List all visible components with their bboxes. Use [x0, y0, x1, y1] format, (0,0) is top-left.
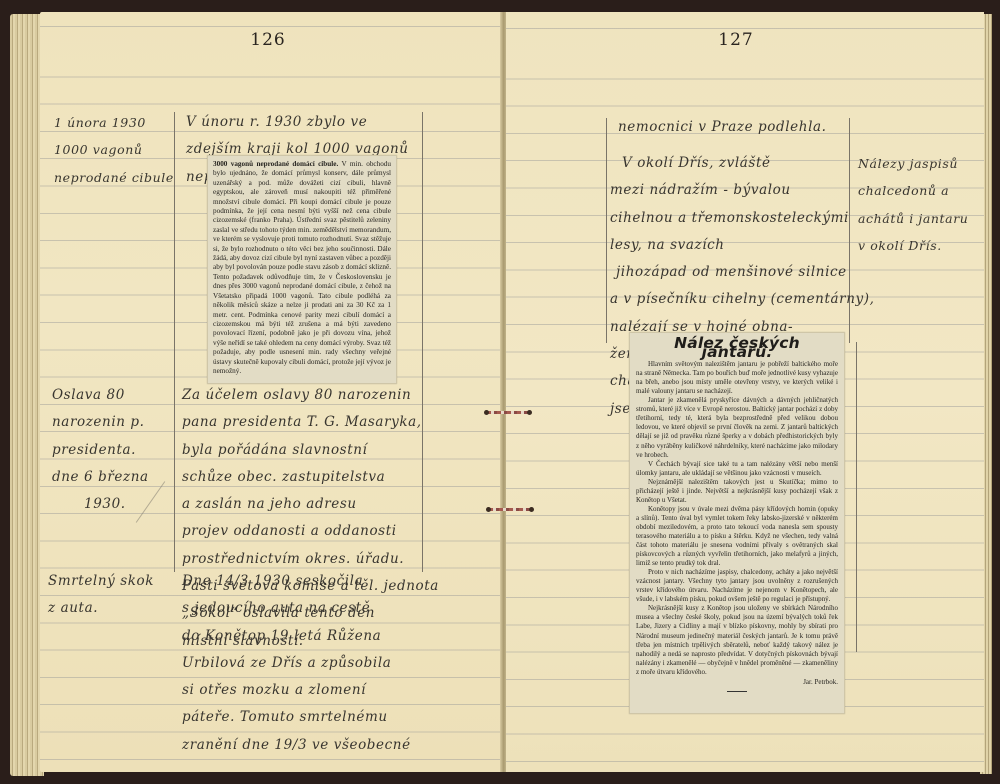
clipping-paragraph: Konětopy jsou v úvale mezi dvěma pásy kř… [636, 505, 838, 568]
clipping-paragraph: Proto v nich nacházíme jaspisy, chalcedo… [636, 568, 838, 604]
page-edges-left [10, 14, 44, 776]
right-page: 127 nemocnici v Praze podlehla. Nálezy j… [506, 12, 984, 772]
newspaper-clipping-amber: Nález českých jantarů. Hlavním světovým … [629, 332, 845, 714]
clipping-headline: Nález českých jantarů. [636, 339, 838, 357]
book-spread: 126 1 února 1930 1000 vagonů neprodané c… [0, 0, 1000, 784]
newspaper-clipping-onion: 3000 vagonů neprodané domácí cibule. V m… [207, 155, 397, 384]
clipping-paragraph: Nejznámější nalezištěm takových jest u S… [636, 478, 838, 505]
page-number: 126 [238, 30, 298, 50]
binding-stitch [487, 411, 529, 414]
entry-text: Dne 14/3 1930 seskočila s jedoucího auta… [182, 568, 411, 759]
margin-note: Smrtelný skok z auta. [48, 568, 154, 623]
clipping-headline: 3000 vagonů neprodané domácí cibule. [213, 160, 338, 168]
clipping-signature: Jar. Petrbok. [636, 678, 838, 687]
column-divider [606, 118, 607, 343]
column-divider [174, 112, 175, 572]
clipping-paragraph: Jantar je zkamenělá pryskyřice dávných a… [636, 396, 838, 459]
margin-note: 1 února 1930 1000 vagonů neprodané cibul… [54, 109, 174, 191]
margin-note: Oslava 80 narozenin p. presidenta. dne 6… [52, 382, 149, 518]
left-page: 126 1 února 1930 1000 vagonů neprodané c… [40, 12, 502, 772]
page-number: 127 [706, 30, 766, 50]
entry-text: nemocnici v Praze podlehla. [618, 114, 827, 141]
clipping-paragraph: V Čechách bývají sice také tu a tam nalé… [636, 460, 838, 478]
clipping-paragraph: Hlavním světovým nalezištěm jantaru je p… [636, 360, 838, 396]
margin-note: Nálezy jaspisů chalcedonů a achátů i jan… [858, 150, 968, 259]
clipping-body: V min. obchodu bylo ujednáno, že domácí … [213, 160, 391, 375]
binding-stitch [489, 508, 531, 511]
clipping-paragraph: Nejkrásnější kusy z Konětop jsou uloženy… [636, 604, 838, 676]
clipping-end-rule [727, 691, 747, 692]
